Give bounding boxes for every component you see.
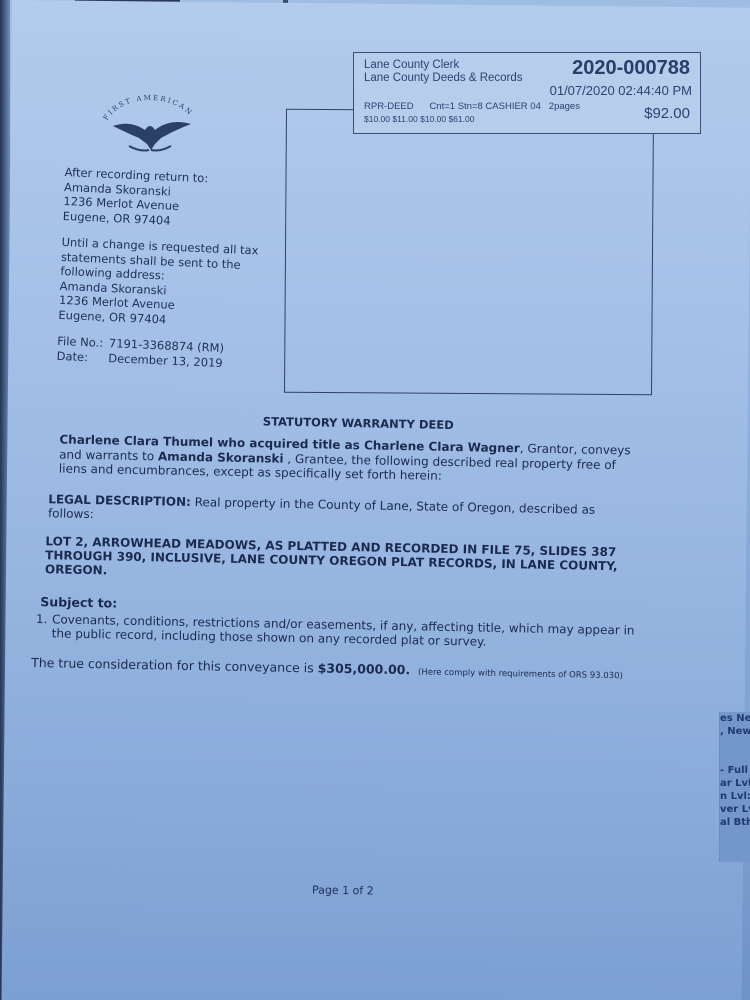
deed-body: STATUTORY WARRANTY DEED Charlene Clara T… (31, 410, 641, 681)
fragment-line: es Ne (720, 712, 750, 725)
recording-area-box (284, 109, 654, 396)
recorder-office-line2: Lane County Deeds & Records (364, 72, 523, 84)
page-number: Page 1 of 2 (312, 883, 374, 897)
first-american-logo: FIRST AMERICAN (95, 92, 205, 162)
fragment-line: ver Lv (720, 803, 750, 816)
legal-description: LEGAL DESCRIPTION: Real property in the … (48, 492, 639, 531)
fragment-line: al Bth (720, 816, 750, 829)
recorder-office-line1: Lane County Clerk (364, 59, 459, 71)
recording-fees: $10.00 $11.00 $10.00 $61.00 (364, 114, 474, 124)
svg-text:FIRST AMERICAN: FIRST AMERICAN (102, 94, 195, 122)
subject-item-number: 1. (36, 612, 53, 641)
fragment-line: , New (720, 725, 750, 738)
recorded-datetime: 01/07/2020 02:44:40 PM (550, 83, 692, 98)
underlying-page-fragment: es Ne , New - Full ar Lvl n Lvl: ver Lv … (719, 712, 750, 862)
address-block: After recording return to: Amanda Skoran… (56, 165, 284, 372)
fragment-line: - Full (720, 764, 750, 777)
fragment-line: n Lvl: (720, 790, 750, 803)
recording-total-fee: $92.00 (644, 105, 690, 122)
recording-meta: RPR-DEED Cnt=1 Stn=8 CASHIER 04 2pages (364, 101, 580, 112)
conveyance-paragraph: Charlene Clara Thumel who acquired title… (59, 432, 641, 487)
consideration-amount: $305,000.00 (318, 660, 406, 677)
fragment-line: ar Lvl (720, 777, 750, 790)
document-number: 2020-000788 (572, 57, 690, 80)
date-label: Date: (56, 348, 105, 365)
lot-description: LOT 2, ARROWHEAD MEADOWS, AS PLATTED AND… (45, 534, 639, 587)
recorder-stamp: Lane County Clerk Lane County Deeds & Re… (353, 52, 701, 134)
eagle-icon: FIRST AMERICAN (95, 92, 205, 162)
logo-text: FIRST AMERICAN (102, 94, 195, 122)
consideration-period: . (405, 662, 410, 677)
tax-statements-heading: Until a change is requested all tax stat… (60, 235, 259, 283)
return-to-block: After recording return to: Amanda Skoran… (62, 165, 284, 233)
tax-statements-block: Until a change is requested all tax stat… (58, 235, 282, 332)
